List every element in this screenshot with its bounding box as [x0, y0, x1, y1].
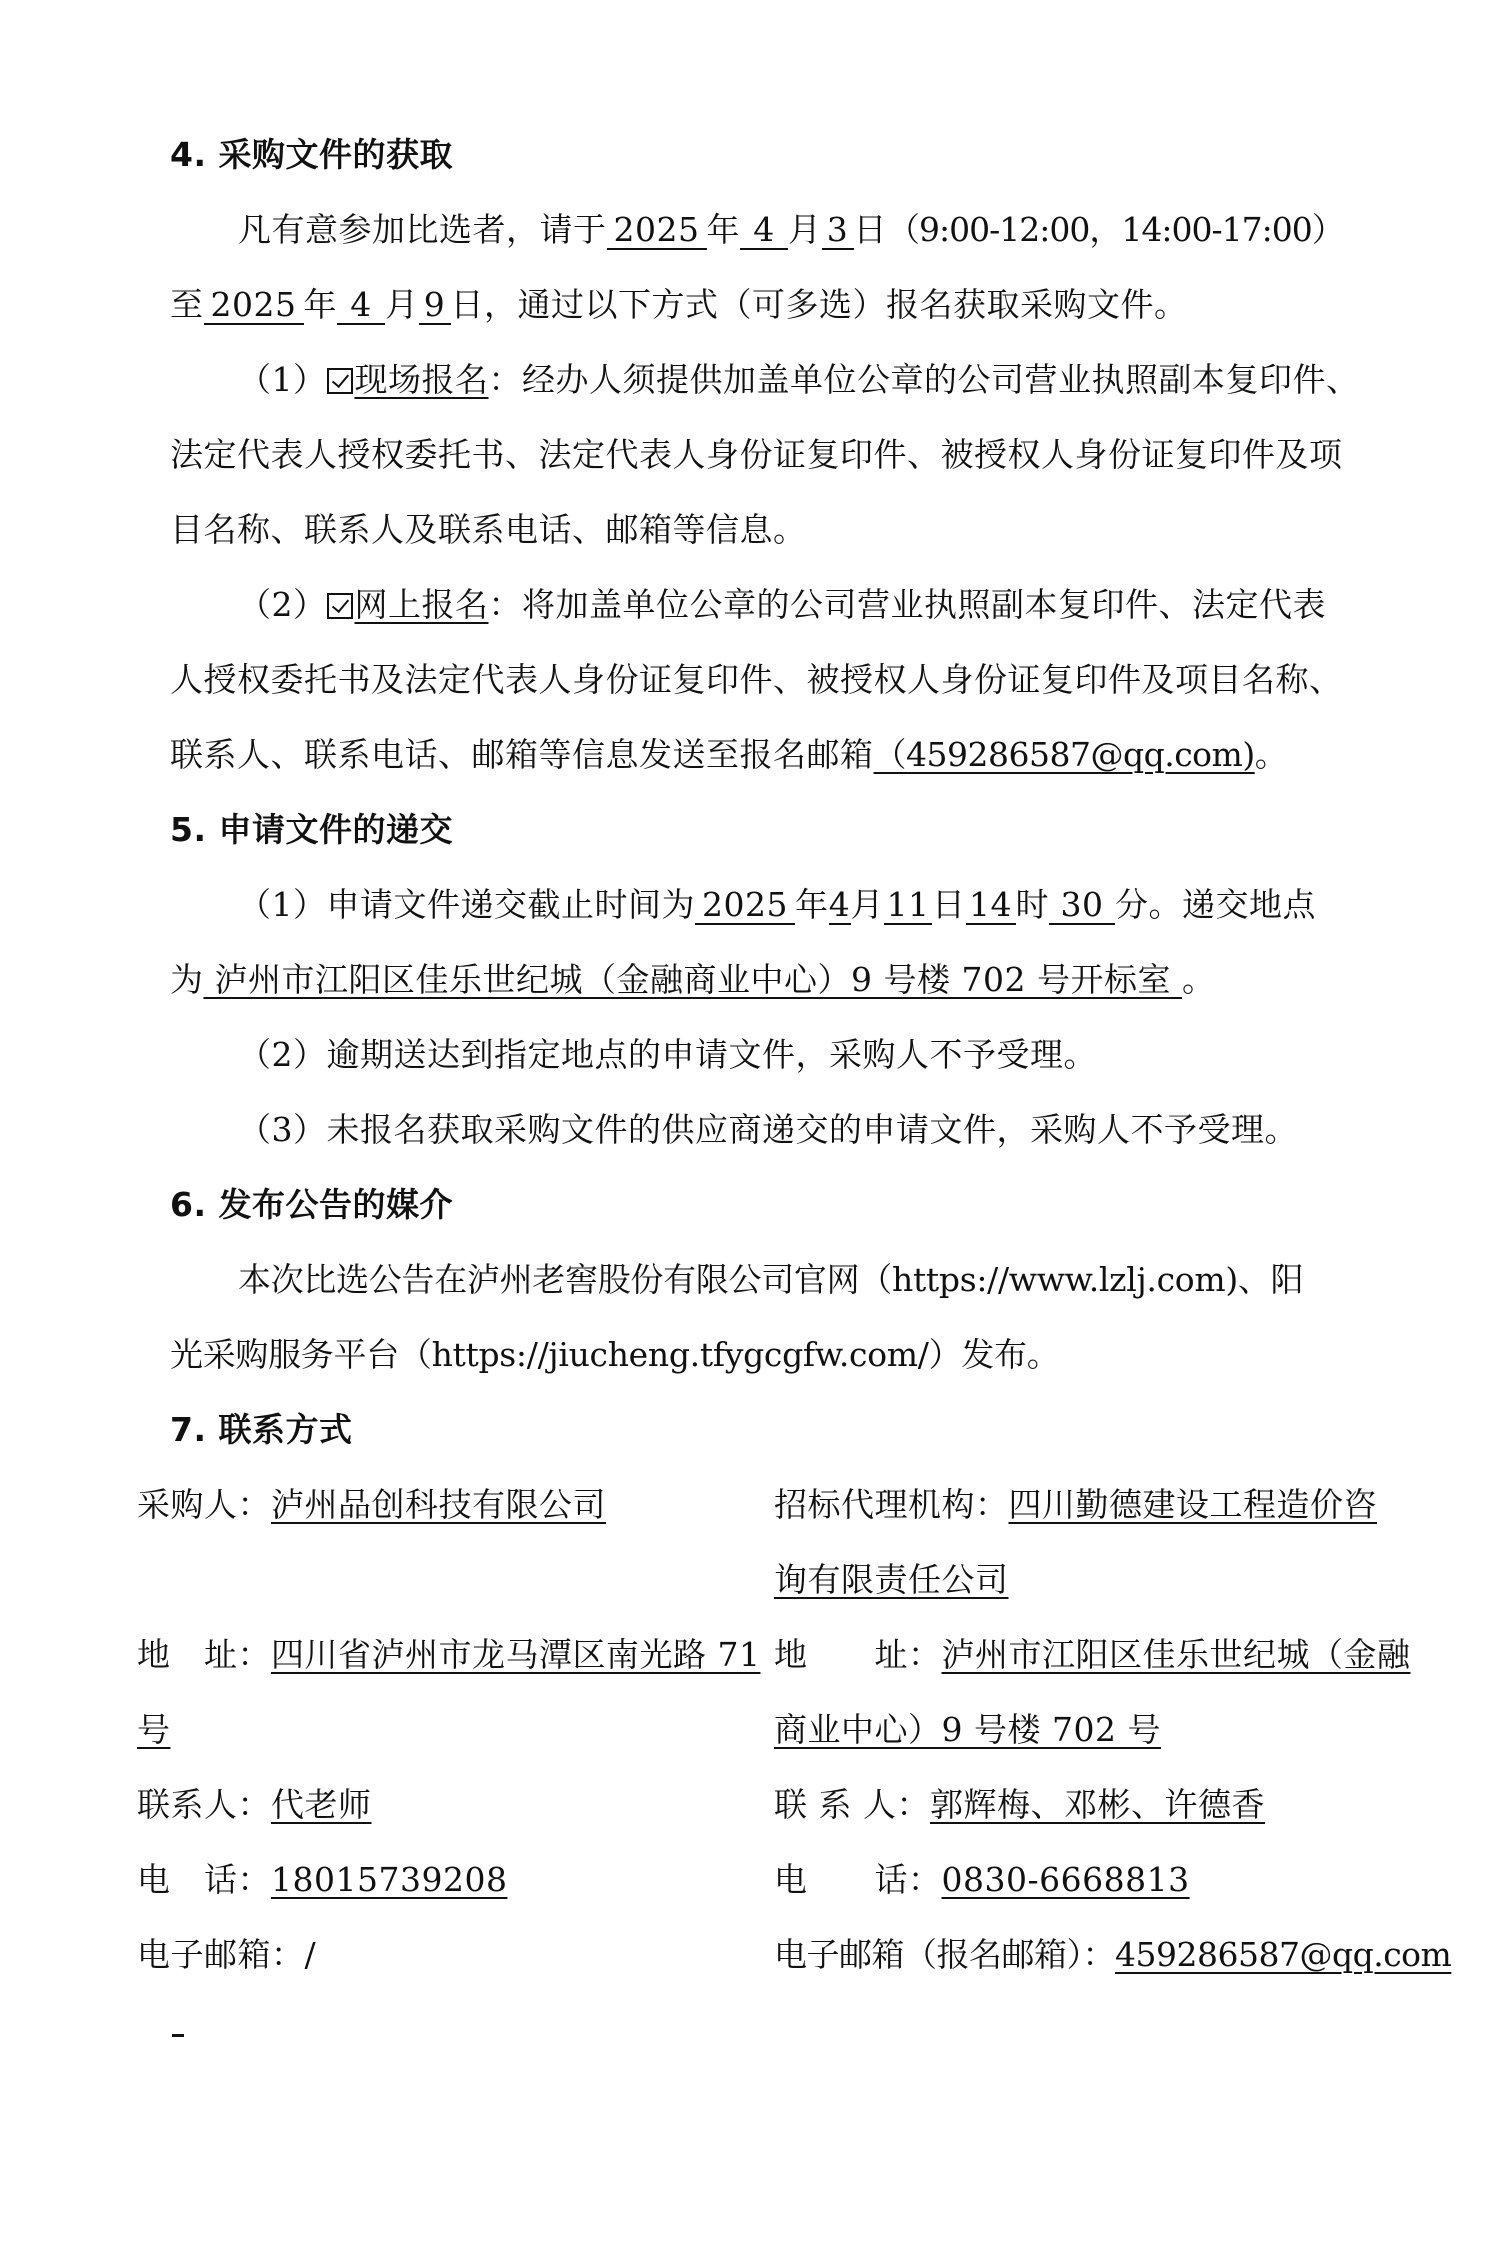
text: 。: [1255, 735, 1289, 774]
text: 年: [304, 285, 338, 324]
text: 月: [385, 285, 419, 324]
checkbox-checked-icon: [327, 593, 353, 619]
text: 日，通过以下方式（可多选）报名获取采购文件。: [451, 285, 1188, 324]
text: 。: [1182, 960, 1216, 999]
field-label: 地 址：: [137, 1635, 271, 1674]
deadline-year: 2025: [695, 887, 795, 925]
time-range: （9:00-12:00，14:00-17:00）: [887, 210, 1344, 249]
agency-address-row-2: 商业中心）9 号楼 702 号: [774, 1710, 1161, 1750]
agency-email-row: 电子邮箱（报名邮箱）：459286587@qq.com: [774, 1935, 1451, 1975]
purchaser-phone: 18015739208: [271, 1860, 507, 1899]
agency-address: 泸州市江阳区佳乐世纪城（金融: [942, 1635, 1411, 1674]
text: 至: [170, 285, 204, 324]
text: 日: [854, 210, 888, 249]
option-title: 网上报名: [355, 585, 489, 624]
submission-location: 泸州市江阳区佳乐世纪城（金融商业中心）9 号楼 702 号开标室: [204, 960, 1182, 999]
submission-location-line: 为 泸州市江阳区佳乐世纪城（金融商业中心）9 号楼 702 号开标室 。: [170, 960, 1215, 1000]
purchaser-name-row: 采购人：泸州品创科技有限公司: [137, 1485, 606, 1525]
section-5-heading: 5. 申请文件的递交: [170, 810, 453, 850]
section-4-heading: 4. 采购文件的获取: [170, 135, 453, 175]
purchaser-email-row: 电子邮箱：/: [137, 1935, 316, 1975]
section-4-paragraph-line-2: 至2025年4月9日，通过以下方式（可多选）报名获取采购文件。: [170, 285, 1188, 325]
onsite-registration-option: 现场报名: [327, 360, 489, 399]
text: 月: [788, 210, 822, 249]
submission-deadline-line-1: （1）申请文件递交截止时间为2025年4月11日14时30分。递交地点: [238, 885, 1316, 925]
purchaser-address-continued: 号: [137, 1710, 171, 1749]
section-4-paragraph-line-1: 凡有意参加比选者，请于2025年4月3日（9:00-12:00，14:00-17…: [238, 210, 1344, 250]
text: （1）申请文件递交截止时间为: [238, 885, 695, 924]
late-submission-rule: （2）逾期送达到指定地点的申请文件，采购人不予受理。: [238, 1035, 1097, 1075]
start-month: 4: [740, 212, 788, 250]
text: 将加盖单位公章的公司营业执照副本复印件、法定代表: [522, 585, 1326, 624]
agency-name-continued: 询有限责任公司: [774, 1560, 1009, 1599]
agency-contacts: 郭辉梅、邓彬、许德香: [930, 1785, 1265, 1824]
page-footer-dash: [172, 2034, 184, 2037]
end-year: 2025: [204, 287, 304, 325]
agency-phone: 0830-6668813: [942, 1860, 1190, 1899]
text: 时: [1016, 885, 1050, 924]
text: 年: [795, 885, 829, 924]
field-label: 电子邮箱（报名邮箱）：: [774, 1935, 1115, 1974]
field-label: 电 话：: [137, 1860, 271, 1899]
text: 凡有意参加比选者，请于: [238, 210, 607, 249]
text: 分。递交地点: [1115, 885, 1316, 924]
online-registration-line-2: 人授权委托书及法定代表人身份证复印件、被授权人身份证复印件及项目名称、: [170, 660, 1343, 700]
onsite-registration-line-3: 目名称、联系人及联系电话、邮箱等信息。: [170, 510, 807, 550]
deadline-hour: 14: [966, 887, 1016, 925]
item-index: （2）: [238, 585, 327, 624]
agency-name: 四川勤德建设工程造价咨: [1009, 1485, 1378, 1524]
text: 经办人须提供加盖单位公章的公司营业执照副本复印件、: [522, 360, 1360, 399]
onsite-registration-line-1: （1）现场报名：经办人须提供加盖单位公章的公司营业执照副本复印件、: [238, 360, 1360, 400]
field-label: 联系人：: [137, 1785, 271, 1824]
publication-media-line-2: 光采购服务平台（https://jiucheng.tfygcgfw.com/）发…: [170, 1335, 1059, 1375]
text: 联系人、联系电话、邮箱等信息发送至报名邮箱: [170, 735, 874, 774]
start-year: 2025: [607, 212, 707, 250]
agency-address-continued: 商业中心）9 号楼 702 号: [774, 1710, 1161, 1749]
purchaser-contact: 代老师: [271, 1785, 372, 1824]
publication-media-line-1: 本次比选公告在泸州老窖股份有限公司官网（https://www.lzlj.com…: [238, 1260, 1303, 1300]
document-page: 4. 采购文件的获取 凡有意参加比选者，请于2025年4月3日（9:00-12:…: [0, 0, 1500, 2250]
text: 月: [851, 885, 885, 924]
online-registration-line-1: （2）网上报名：将加盖单位公章的公司营业执照副本复印件、法定代表: [238, 585, 1326, 625]
agency-name-row: 招标代理机构：四川勤德建设工程造价咨: [774, 1485, 1377, 1525]
field-label: 电 话：: [774, 1860, 942, 1899]
end-month: 4: [337, 287, 385, 325]
section-7-heading: 7. 联系方式: [170, 1410, 353, 1450]
agency-address-row: 地 址：泸州市江阳区佳乐世纪城（金融: [774, 1635, 1411, 1675]
agency-email-link[interactable]: 459286587@qq.com: [1115, 1935, 1451, 1974]
field-label: 联 系 人：: [774, 1785, 930, 1824]
agency-contact-row: 联 系 人：郭辉梅、邓彬、许德香: [774, 1785, 1265, 1825]
purchaser-contact-row: 联系人：代老师: [137, 1785, 372, 1825]
text: 日: [932, 885, 966, 924]
deadline-month: 4: [829, 887, 851, 925]
unregistered-submission-rule: （3）未报名获取采购文件的供应商递交的申请文件，采购人不予受理。: [238, 1110, 1298, 1150]
purchaser-phone-row: 电 话：18015739208: [137, 1860, 507, 1900]
online-registration-line-3: 联系人、联系电话、邮箱等信息发送至报名邮箱（459286587@qq.com)。: [170, 735, 1288, 775]
deadline-day: 11: [884, 887, 932, 925]
end-day: 9: [419, 287, 451, 325]
text: ：: [489, 585, 523, 624]
onsite-registration-line-2: 法定代表人授权委托书、法定代表人身份证复印件、被授权人身份证复印件及项: [170, 435, 1343, 475]
text: 年: [707, 210, 741, 249]
option-title: 现场报名: [355, 360, 489, 399]
purchaser-address-row: 地 址：四川省泸州市龙马潭区南光路 71: [137, 1635, 760, 1675]
field-label: 采购人：: [137, 1485, 271, 1524]
deadline-minute: 30: [1049, 887, 1115, 925]
purchaser-name: 泸州品创科技有限公司: [271, 1485, 606, 1524]
text: 为: [170, 960, 204, 999]
registration-email-link[interactable]: （459286587@qq.com): [874, 735, 1255, 774]
agency-phone-row: 电 话：0830-6668813: [774, 1860, 1190, 1900]
checkbox-checked-icon: [327, 368, 353, 394]
purchaser-address-row-2: 号: [137, 1710, 171, 1750]
agency-name-row-2: 询有限责任公司: [774, 1560, 1009, 1600]
start-day: 3: [822, 212, 854, 250]
online-registration-option: 网上报名: [327, 585, 489, 624]
item-index: （1）: [238, 360, 327, 399]
text: ：: [489, 360, 523, 399]
purchaser-address: 四川省泸州市龙马潭区南光路 71: [271, 1635, 760, 1674]
field-label: 招标代理机构：: [774, 1485, 1009, 1524]
section-6-heading: 6. 发布公告的媒介: [170, 1185, 453, 1225]
field-label: 地 址：: [774, 1635, 942, 1674]
